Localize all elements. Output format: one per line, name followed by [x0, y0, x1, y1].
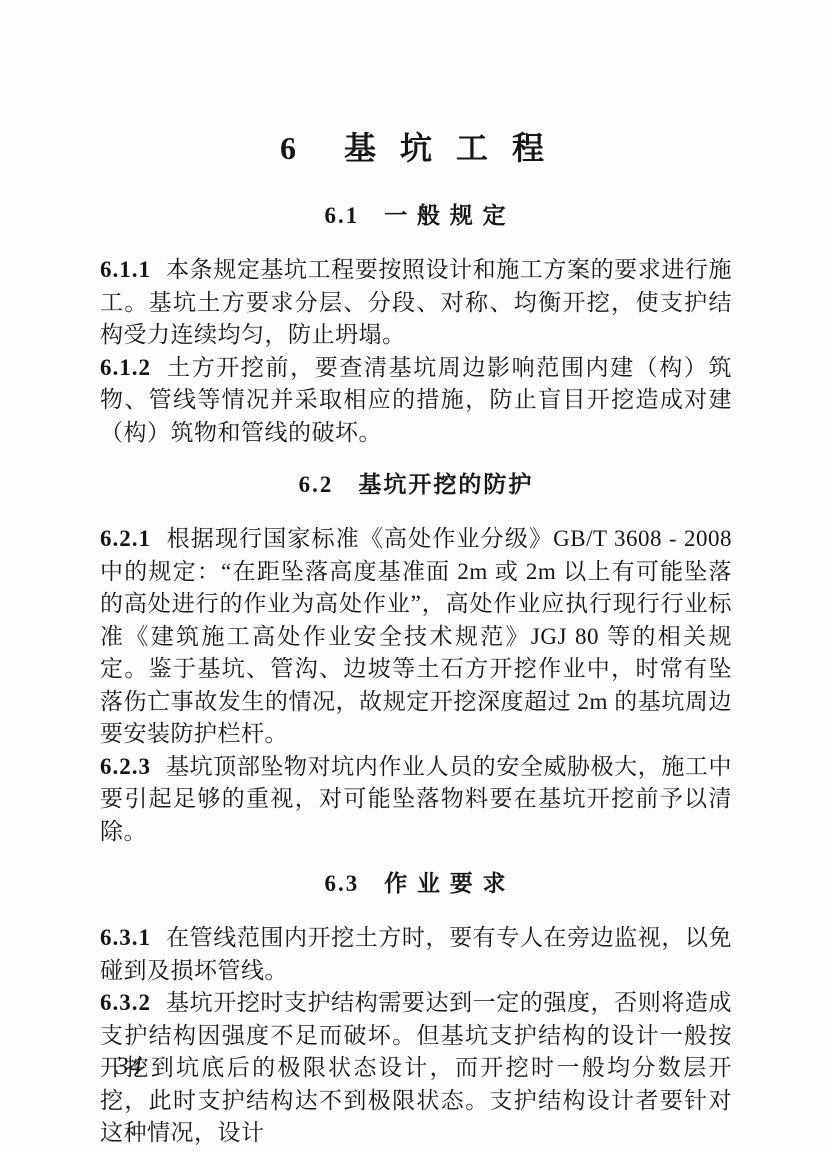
section-heading-6-3: 6.3 作 业 要 求: [100, 870, 732, 898]
clause-text: 在管线范围内开挖土方时，要有专人在旁边监视，以免碰到及损坏管线。: [100, 925, 732, 983]
clause-6-2-3: 6.2.3基坑顶部坠物对坑内作业人员的安全威胁极大，施工中要引起足够的重视，对可…: [100, 751, 732, 849]
clause-text: 基坑开挖时支护结构需要达到一定的强度，否则将造成支护结构因强度不足而破坏。但基坑…: [100, 990, 732, 1145]
clause-number: 6.3.2: [100, 990, 151, 1015]
clause-6-2-1: 6.2.1根据现行国家标准《高处作业分级》GB/T 3608 - 2008 中的…: [100, 523, 732, 751]
clause-number: 6.2.3: [100, 754, 151, 779]
clause-text: 土方开挖前，要查清基坑周边影响范围内建（构）筑物、管线等情况并采取相应的措施，防…: [100, 355, 732, 445]
clause-number: 6.2.1: [100, 526, 151, 551]
clause-6-1-1: 6.1.1本条规定基坑工程要按照设计和施工方案的要求进行施工。基坑土方要求分层、…: [100, 254, 732, 352]
chapter-title: 6 基 坑 工 程: [100, 128, 732, 168]
document-page: 6 基 坑 工 程 6.1 一 般 规 定 6.1.1本条规定基坑工程要按照设计…: [0, 0, 827, 1152]
clause-text: 根据现行国家标准《高处作业分级》GB/T 3608 - 2008 中的规定：“在…: [100, 526, 732, 746]
clause-number: 6.1.2: [100, 355, 151, 380]
clause-text: 本条规定基坑工程要按照设计和施工方案的要求进行施工。基坑土方要求分层、分段、对称…: [100, 257, 732, 347]
clause-6-3-1: 6.3.1在管线范围内开挖土方时，要有专人在旁边监视，以免碰到及损坏管线。: [100, 922, 732, 987]
page-number: 34: [116, 1053, 143, 1081]
clause-number: 6.1.1: [100, 257, 151, 282]
section-heading-6-1: 6.1 一 般 规 定: [100, 202, 732, 230]
clause-6-1-2: 6.1.2土方开挖前，要查清基坑周边影响范围内建（构）筑物、管线等情况并采取相应…: [100, 352, 732, 450]
page-content: 6 基 坑 工 程 6.1 一 般 规 定 6.1.1本条规定基坑工程要按照设计…: [100, 0, 732, 1150]
clause-number: 6.3.1: [100, 925, 151, 950]
section-heading-6-2: 6.2 基坑开挖的防护: [100, 471, 732, 499]
clause-6-3-2: 6.3.2基坑开挖时支护结构需要达到一定的强度，否则将造成支护结构因强度不足而破…: [100, 987, 732, 1150]
clause-text: 基坑顶部坠物对坑内作业人员的安全威胁极大，施工中要引起足够的重视，对可能坠落物料…: [100, 754, 732, 844]
